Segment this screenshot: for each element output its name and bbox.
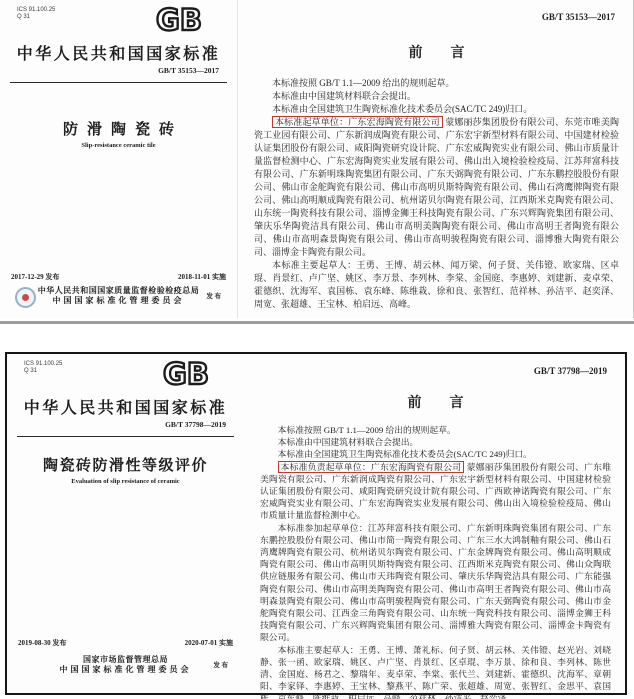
gb-logo-text: GB xyxy=(156,3,202,37)
ics-line2: Q 31 xyxy=(24,368,62,375)
centralized-by-line: 本标准由全国建筑卫生陶瓷标准化技术委员会(SAC/TC 249)归口。 xyxy=(260,448,611,460)
cover-dates: 2019-08-30 发布 2020-07-01 实施 xyxy=(18,638,233,648)
foreword-title: 前 言 xyxy=(260,392,611,412)
implementation-date: 2018-11-01 实施 xyxy=(178,272,226,282)
issuer-block: 中华人民共和国国家质量监督检验检疫总局 中国国家标准化管理委员会 发 布 xyxy=(0,286,237,306)
foreword-body: 本标准按照 GB/T 1.1—2009 给出的规则起草。 本标准由中国建筑材料联… xyxy=(254,77,619,311)
standard-panel-gbt35153: ICS 91.100.25 Q 31 GB 中华人民共和国国家标准 GB/T 3… xyxy=(0,0,634,318)
gb-logo-icon: GB xyxy=(147,3,211,42)
issue-date: 2017-12-29 发布 xyxy=(11,272,59,282)
participating-units-paragraph: 本标准参加起草单位：江苏拜富科技有限公司、广东新明珠陶瓷集团有限公司、广东东鹏控… xyxy=(260,522,611,644)
issuer-name-1: 国家市场监督管理总局 xyxy=(7,655,244,665)
highlighted-drafting-unit: 本标准负责起草单位：广东宏海陶瓷有限公司 xyxy=(278,461,465,473)
ics-line2: Q 31 xyxy=(17,14,55,21)
foreword-header-standard-number: GB/T 35153—2017 xyxy=(254,12,615,22)
gb-logo-icon: GB xyxy=(154,357,218,396)
drafting-basis-line: 本标准按照 GB/T 1.1—2009 给出的规则起草。 xyxy=(260,424,611,436)
ics-code: ICS 91.100.25 Q 31 xyxy=(24,361,62,375)
cover-dates: 2017-12-29 发布 2018-11-01 实施 xyxy=(11,272,226,282)
standard-cover-page: ICS 91.100.25 Q 31 GB 中华人民共和国国家标准 GB/T 3… xyxy=(7,354,244,693)
foreword-title: 前 言 xyxy=(254,42,619,62)
main-drafters-paragraph: 本标准主要起草人：王勇、王博、萧礼标、何子贤、胡云林、关伟镫、赵光岩、刘晓静、张… xyxy=(260,644,611,699)
gb-logo-text: GB xyxy=(163,357,209,391)
implementation-date: 2020-07-01 实施 xyxy=(185,638,233,648)
issue-date: 2019-08-30 发布 xyxy=(18,638,66,648)
responsible-drafting-units-paragraph: 本标准负责起草单位：广东宏海陶瓷有限公司 蒙娜丽莎集团股份有限公司、广东唯美陶瓷… xyxy=(260,461,611,522)
drafting-basis-line: 本标准按照 GB/T 1.1—2009 给出的规则起草。 xyxy=(254,77,619,90)
drafting-units-paragraph: 本标准起草单位：广东宏海陶瓷有限公司 蒙娜丽莎集团股份有限公司、东莞市唯美陶瓷工… xyxy=(254,116,619,259)
issuer-name-2: 中国国家标准化管理委员会 xyxy=(7,665,244,675)
issuer-block: 国家市场监督管理总局 中国国家标准化管理委员会 发 布 xyxy=(7,655,244,675)
main-drafters-paragraph: 本标准主要起草人：王勇、王博、胡云林、闻万梁、何子贤、关伟镫、欧家瑞、区卓琨、肖… xyxy=(254,259,619,311)
centralized-by-line: 本标准由全国建筑卫生陶瓷标准化技术委员会(SAC/TC 249)归口。 xyxy=(254,103,619,116)
proposed-by-line: 本标准由中国建筑材料联合会提出。 xyxy=(254,90,619,103)
panel-divider-line xyxy=(0,321,634,324)
publish-label: 发 布 xyxy=(206,291,221,300)
cover-rule-line xyxy=(17,436,234,437)
foreword-page: GB/T 35153—2017 前 言 本标准按照 GB/T 1.1—2009 … xyxy=(238,0,634,318)
standard-title: 防滑陶瓷砖 xyxy=(0,118,237,139)
national-standard-heading: 中华人民共和国国家标准 xyxy=(7,395,244,418)
standard-title-english: Slip-resistance ceramic tile xyxy=(0,142,237,149)
standard-title: 陶瓷砖防滑性等级评价 xyxy=(7,454,244,475)
foreword-page: GB/T 37798—2019 前 言 本标准按照 GB/T 1.1—2009 … xyxy=(244,354,625,693)
standard-cover-page: ICS 91.100.25 Q 31 GB 中华人民共和国国家标准 GB/T 3… xyxy=(0,0,238,318)
publish-label: 发 布 xyxy=(213,660,228,669)
cover-rule-line xyxy=(10,82,227,83)
standard-number: GB/T 35153—2017 xyxy=(158,66,219,75)
aqsiq-seal-icon xyxy=(15,287,36,308)
ics-line1: ICS 91.100.25 xyxy=(17,7,55,14)
foreword-header-standard-number: GB/T 37798—2019 xyxy=(260,366,607,376)
standard-number: GB/T 37798—2019 xyxy=(165,420,226,429)
drafting-units-rest: 蒙娜丽莎集团股份有限公司、东莞市唯美陶瓷工业园有限公司、广东新润成陶瓷有限公司、… xyxy=(254,117,619,257)
ics-code: ICS 91.100.25 Q 31 xyxy=(17,7,55,21)
standard-panel-gbt37798: ICS 91.100.25 Q 31 GB 中华人民共和国国家标准 GB/T 3… xyxy=(5,352,627,695)
highlighted-drafting-unit: 本标准起草单位：广东宏海陶瓷有限公司 xyxy=(272,116,443,128)
national-standard-heading: 中华人民共和国国家标准 xyxy=(0,41,237,64)
ics-line1: ICS 91.100.25 xyxy=(24,361,62,368)
standard-title-english: Evaluation of slip resistance of ceramic xyxy=(7,478,244,485)
proposed-by-line: 本标准由中国建筑材料联合会提出。 xyxy=(260,436,611,448)
foreword-body: 本标准按照 GB/T 1.1—2009 给出的规则起草。 本标准由中国建筑材料联… xyxy=(260,424,611,699)
